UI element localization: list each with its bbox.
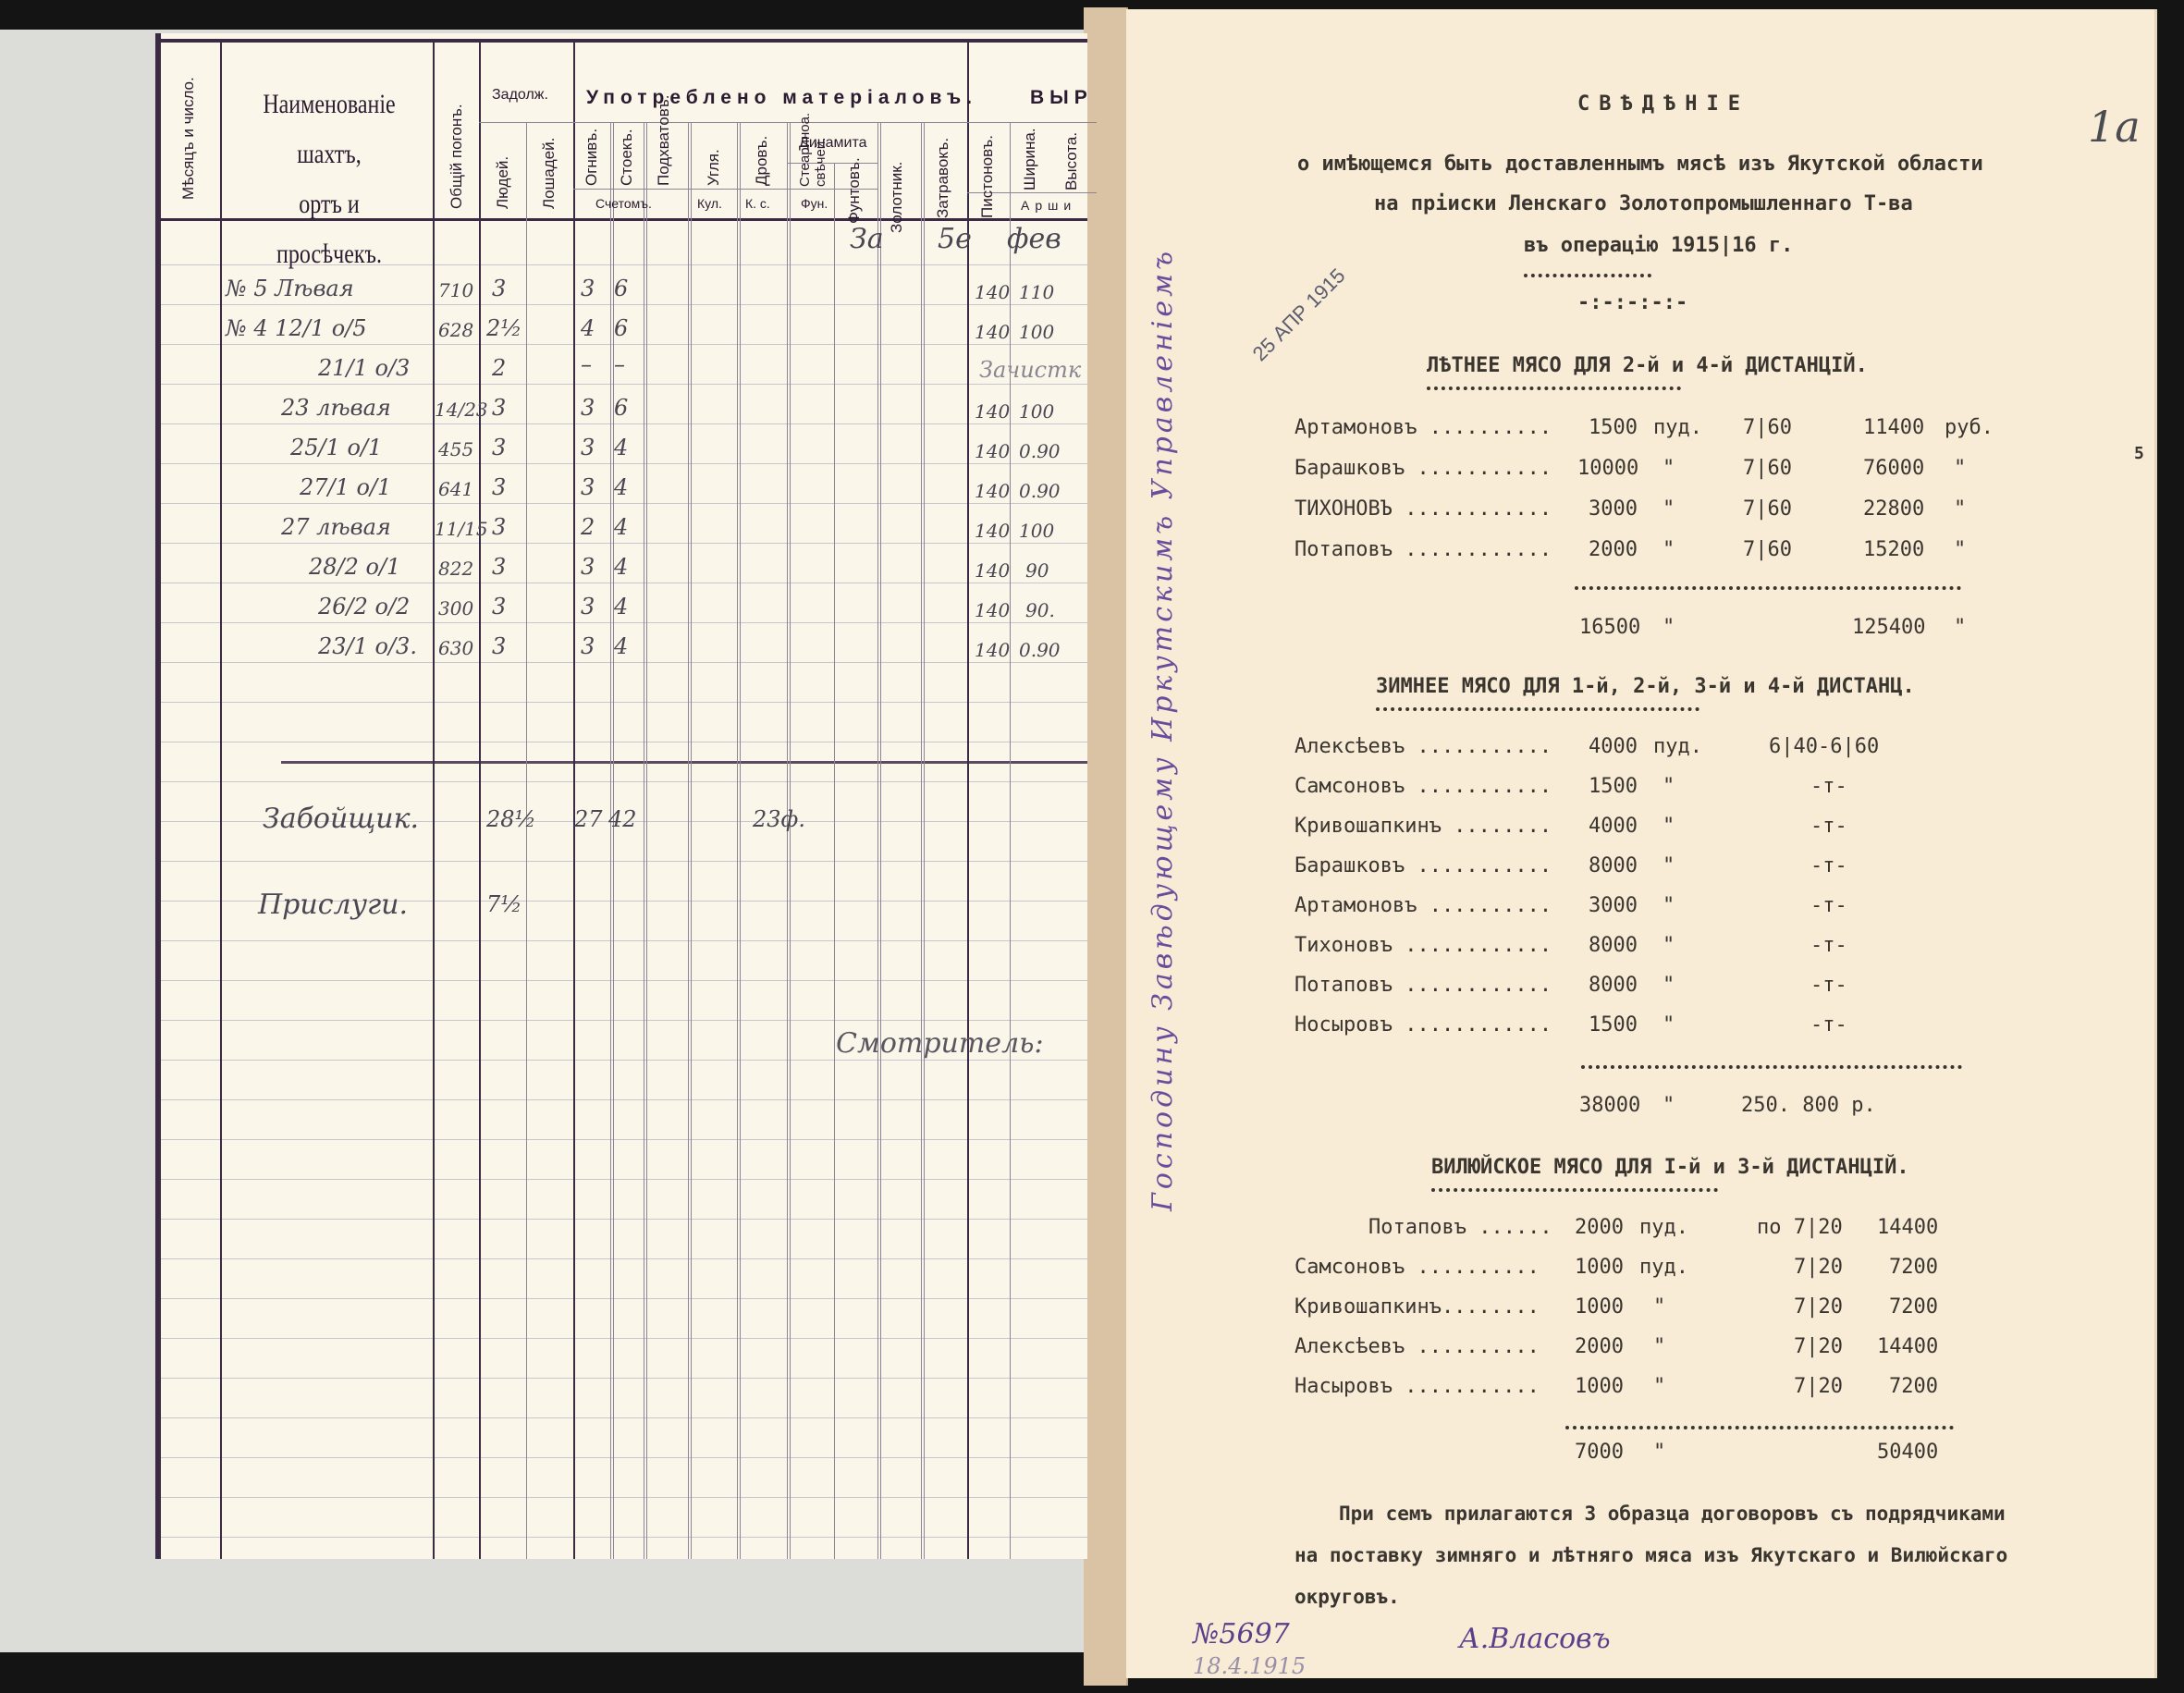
supplier-name: Тихоновъ ............	[1294, 934, 1552, 957]
row-people: 3	[492, 474, 506, 500]
total: 76000	[1863, 457, 1924, 480]
closing-line-2: на поставку зимняго и лѣтняго мяса изъ Я…	[1294, 1544, 2007, 1566]
header-horses: Лошадей.	[540, 135, 558, 209]
row-width: 140	[975, 599, 1010, 621]
unit-price: -т-	[1810, 894, 1847, 917]
row-people: 3	[492, 633, 506, 659]
header-width: Ширина.	[1021, 135, 1039, 190]
summary-candles: 23ф.	[753, 806, 805, 832]
header-dynamite-group: Динамита	[799, 135, 867, 152]
unit: пуд.	[1653, 416, 1702, 439]
supplier-name: Артамоновъ ..........	[1294, 416, 1552, 439]
heading-underline	[1431, 1188, 1718, 1192]
unit-price: 7|60	[1743, 416, 1792, 439]
row-ognivo: –	[581, 351, 592, 377]
header-stoek: Стоекъ.	[618, 135, 636, 186]
header-sub-rule	[967, 122, 1097, 123]
total: 22800	[1863, 497, 1924, 521]
unit: "	[1663, 974, 1675, 997]
unit-price: 6|40-6|60	[1769, 735, 1879, 758]
row-name: 28/2 о/1	[309, 554, 400, 580]
header-arshin: Арши	[1021, 198, 1076, 213]
row-ognivo: 3	[581, 276, 595, 301]
unit-price: -т-	[1810, 974, 1847, 997]
quantity: 1000	[1575, 1256, 1624, 1279]
col-divider	[433, 43, 435, 1559]
closing-line-3: округовъ.	[1294, 1586, 1400, 1608]
quantity: 3000	[1589, 894, 1638, 917]
ruled-line	[161, 463, 1087, 464]
row-height: 100	[1019, 400, 1054, 423]
row-width: 140	[975, 480, 1010, 502]
ruled-line	[161, 622, 1087, 623]
row-stoek: 4	[614, 514, 628, 540]
currency: "	[1954, 457, 1966, 480]
supplier-name: Носыровъ ............	[1294, 1013, 1552, 1037]
ruled-line	[161, 1457, 1087, 1458]
unit: "	[1663, 815, 1675, 838]
ledger-page: Мѣсяцъ и число. Наименованіе шахтъ, ортъ…	[155, 33, 1087, 1559]
binding-spine	[1084, 7, 1128, 1686]
unit: "	[1663, 457, 1675, 480]
document-title: СВѢДѢНІЕ	[1577, 92, 1749, 116]
currency: "	[1954, 497, 1966, 521]
ruled-line	[161, 1258, 1087, 1259]
header-coal-unit: Кул.	[697, 196, 722, 211]
currency: "	[1954, 538, 1966, 561]
ruled-line	[161, 1338, 1087, 1339]
quantity: 1000	[1575, 1375, 1624, 1398]
total-rule	[1581, 1065, 1962, 1069]
row-ognivo: 3	[581, 633, 595, 659]
col-divider	[967, 43, 969, 1559]
ruled-line	[161, 980, 1087, 981]
header-people: Людей.	[494, 144, 512, 209]
signature: А.Власовъ	[1459, 1623, 1611, 1655]
row-name: 26/2 о/2	[318, 594, 410, 620]
header-name-line-1: Наименованіе шахтъ,	[246, 80, 411, 179]
ruled-line	[161, 781, 1087, 782]
section-heading: ЛѢТНЕЕ МЯСО ДЛЯ 2-й и 4-й ДИСТАНЦІЙ.	[1427, 354, 1868, 377]
header-materials-group: Употреблено матеріаловъ.	[586, 87, 977, 109]
unit: "	[1653, 1295, 1665, 1319]
unit: "	[1663, 854, 1675, 877]
row-run: 14/23	[435, 399, 488, 421]
header-height: Высота.	[1062, 135, 1081, 190]
unit-price: 7|20	[1794, 1375, 1843, 1398]
unit-price: 7|20	[1794, 1335, 1843, 1358]
row-run: 628	[438, 319, 473, 341]
col-divider	[834, 163, 835, 1559]
row-width: 140	[975, 559, 1010, 582]
header-firewood: Дровъ.	[753, 142, 771, 186]
supplier-name: Артамоновъ ..........	[1294, 894, 1552, 917]
supplier-name: Самсоновъ ...........	[1294, 775, 1552, 798]
supplier-name: Кривошапкинъ ........	[1294, 815, 1552, 838]
header-sub-rule	[573, 189, 877, 190]
row-name: № 5 Лѣвая	[226, 276, 354, 301]
ruled-line	[161, 702, 1087, 703]
row-name: № 4 12/1 о/5	[226, 315, 367, 341]
quantity: 1500	[1589, 775, 1638, 798]
supplier-name: Потаповъ ............	[1294, 538, 1552, 561]
unit-price: -т-	[1810, 934, 1847, 957]
unit: "	[1663, 538, 1675, 561]
col-divider	[787, 122, 791, 1559]
unit-price: -т-	[1810, 1013, 1847, 1037]
unit: "	[1663, 1013, 1675, 1037]
row-people: 3	[492, 395, 506, 421]
summary-name: Забойщик.	[263, 803, 419, 835]
total-unit: "	[1653, 1441, 1665, 1464]
summary-name: Прислуги.	[258, 889, 408, 921]
col-divider	[644, 122, 647, 1559]
header-ognivo: Огнивъ.	[583, 135, 601, 186]
row-stoek: 4	[614, 633, 628, 659]
quantity: 8000	[1589, 974, 1638, 997]
unit: пуд.	[1639, 1216, 1688, 1239]
row-stoek: 4	[614, 435, 628, 460]
closing-line-1: При семъ прилагаются 3 образца договоров…	[1339, 1503, 2006, 1525]
ruled-line	[161, 742, 1087, 742]
total: 7200	[1889, 1295, 1938, 1319]
row-name: 21/1 о/3	[318, 355, 410, 381]
total-rule	[1575, 586, 1961, 590]
total-currency: "	[1954, 616, 1966, 639]
row-people: 3	[492, 276, 506, 301]
unit-price: по 7|20	[1757, 1216, 1843, 1239]
col-divider	[220, 43, 222, 1559]
unit-price: 7|20	[1794, 1256, 1843, 1279]
quantity: 1500	[1589, 1013, 1638, 1037]
col-divider	[737, 122, 741, 1559]
note-feb: фев	[1007, 223, 1061, 255]
summary-ognivo: 27	[574, 806, 603, 832]
quantity: 1000	[1575, 1295, 1624, 1319]
row-people: 3	[492, 514, 506, 540]
supplier-name: Кривошапкинъ........	[1294, 1295, 1540, 1319]
header-name-line-2: ортъ и просѣчекъ.	[246, 179, 411, 279]
row-stoek: 6	[614, 315, 628, 341]
row-stoek: 6	[614, 276, 628, 301]
margin-number: 5	[2134, 444, 2144, 463]
ruled-line	[161, 1020, 1087, 1021]
row-people: 3	[492, 594, 506, 620]
row-people: 2	[492, 355, 506, 381]
ruled-line	[161, 384, 1087, 385]
ruled-line	[161, 304, 1087, 305]
row-width: 140	[975, 321, 1010, 343]
ruled-line	[161, 1099, 1087, 1100]
total-quantity: 7000	[1575, 1441, 1624, 1464]
total-sum: 125400	[1852, 616, 1925, 639]
ruled-line	[161, 861, 1087, 862]
total-quantity: 16500	[1579, 616, 1640, 639]
row-stoek: 4	[614, 554, 628, 580]
total-quantity: 38000	[1579, 1094, 1640, 1117]
supplier-name: Потаповъ ............	[1294, 974, 1552, 997]
row-run: 641	[438, 478, 473, 500]
registration-date: 18.4.1915	[1193, 1653, 1306, 1679]
supplier-name: Барашковъ ...........	[1294, 854, 1552, 877]
header-candles: Стеариноа. свѣчей.	[797, 122, 838, 187]
quantity: 2000	[1589, 538, 1638, 561]
ruled-line	[161, 344, 1087, 345]
ruled-line	[161, 662, 1087, 663]
total-rule	[1565, 1426, 1954, 1429]
summary-people: 7½	[486, 891, 522, 917]
row-name: 27 лѣвая	[281, 514, 391, 540]
received-date-stamp: 25 АПР 1915	[1248, 264, 1351, 366]
supplier-name: Самсоновъ ..........	[1294, 1256, 1540, 1279]
unit-price: 7|60	[1743, 497, 1792, 521]
quantity: 8000	[1589, 934, 1638, 957]
row-ognivo: 3	[581, 474, 595, 500]
row-name: 23 лѣвая	[281, 395, 391, 421]
row-ognivo: 2	[581, 514, 595, 540]
row-height: 0.90	[1019, 440, 1061, 462]
total: 11400	[1863, 416, 1924, 439]
ruled-line	[161, 1537, 1087, 1538]
subtitle-line-1: о имѣющемся быть доставленнымъ мясѣ изъ …	[1297, 153, 1983, 176]
overseer-signature-label: Смотритель:	[836, 1027, 1044, 1060]
row-height: 0.90	[1019, 639, 1061, 661]
unit: "	[1663, 497, 1675, 521]
header-employed: Задолж.	[492, 87, 548, 104]
row-name: 23/1 о/3.	[318, 633, 417, 659]
supplier-name: Алексѣевъ ..........	[1294, 1335, 1540, 1358]
row-people: 3	[492, 435, 506, 460]
total: 14400	[1877, 1335, 1938, 1358]
section-heading: ЗИМНЕЕ МЯСО ДЛЯ 1-й, 2-й, 3-й и 4-й ДИСТ…	[1376, 675, 1915, 698]
header-zolotnik: Золотник.	[888, 168, 906, 233]
unit: "	[1653, 1335, 1665, 1358]
row-stoek: 4	[614, 474, 628, 500]
row-run: 11/15	[435, 518, 488, 540]
row-width: 140	[975, 639, 1010, 661]
header-coal: Угля.	[705, 144, 723, 186]
subtitle-line-2: на пріиски Ленскаго Золотопромышленнаго …	[1374, 192, 1913, 215]
header-name-col: Наименованіе шахтъ, ортъ и просѣчекъ.	[246, 80, 411, 279]
quantity: 2000	[1575, 1335, 1624, 1358]
header-total-run: Общій погонъ.	[448, 89, 466, 209]
row-ognivo: 3	[581, 594, 595, 620]
unit-price: 7|20	[1794, 1295, 1843, 1319]
row-stoek: –	[614, 351, 625, 377]
col-divider	[479, 43, 481, 1559]
header-sub-rule	[573, 122, 967, 123]
quantity: 1500	[1589, 416, 1638, 439]
row-height: 90	[1025, 559, 1049, 582]
total: 7200	[1889, 1375, 1938, 1398]
quantity: 3000	[1589, 497, 1638, 521]
note-5th: 5е	[938, 223, 972, 255]
heading-underline	[1427, 386, 1681, 390]
ruled-line	[161, 1060, 1087, 1061]
header-output-group: ВЫР	[1030, 87, 1093, 109]
ledger-top-rule	[161, 39, 1087, 43]
total: 14400	[1877, 1216, 1938, 1239]
quantity: 8000	[1589, 854, 1638, 877]
row-run: 455	[438, 438, 473, 460]
registration-number: №5697	[1193, 1618, 1290, 1650]
ruled-line	[161, 1497, 1087, 1498]
row-ognivo: 3	[581, 554, 595, 580]
row-run: 630	[438, 637, 473, 659]
row-name: 25/1 о/1	[290, 435, 382, 460]
total-unit: "	[1663, 1094, 1675, 1117]
quantity: 4000	[1589, 735, 1638, 758]
total-sum: 250. 800 р.	[1741, 1094, 1876, 1117]
row-stoek: 6	[614, 395, 628, 421]
header-candles-unit: Фун.	[801, 196, 828, 211]
ruled-line	[161, 1417, 1087, 1418]
row-run: 710	[438, 279, 473, 301]
section-heading: ВИЛЮЙСКОЕ МЯСО ДЛЯ I-й и 3-й ДИСТАНЦІЙ.	[1431, 1156, 1909, 1179]
supplier-name: Потаповъ ......	[1368, 1216, 1552, 1239]
col-divider	[688, 122, 692, 1559]
header-pounds: Фунтовъ.	[845, 168, 864, 224]
header-firewood-unit: К. с.	[745, 196, 770, 211]
typed-page: 1а 5 СВѢДѢНІЕ о имѣющемся быть доставлен…	[1126, 9, 2157, 1678]
ruled-line	[161, 940, 1087, 941]
unit-price: 7|60	[1743, 538, 1792, 561]
col-divider	[526, 122, 527, 1559]
total-sum: 50400	[1877, 1441, 1938, 1464]
marginal-address-note: Господину Завѣдующему Иркутскимъ Управле…	[1147, 248, 1179, 1211]
col-divider	[573, 43, 575, 1559]
ruled-line	[161, 1139, 1087, 1140]
ruled-line	[161, 423, 1087, 424]
page-marker: 1а	[2088, 102, 2141, 152]
unit-price: 7|60	[1743, 457, 1792, 480]
col-divider	[877, 122, 881, 1559]
supplier-name: ТИХОНОВЪ ............	[1294, 497, 1552, 521]
row-people: 2½	[486, 315, 522, 341]
unit-price: -т-	[1810, 854, 1847, 877]
header-podkhvatov: Подхватовъ.	[655, 126, 673, 186]
unit: пуд.	[1639, 1256, 1688, 1279]
unit: пуд.	[1653, 735, 1702, 758]
header-primers: Затравокъ.	[934, 135, 952, 218]
unit-price: -т-	[1810, 815, 1847, 838]
row-note-cleanup: Зачистк	[979, 357, 1081, 383]
row-width: 140	[975, 440, 1010, 462]
row-run: 300	[438, 597, 473, 620]
total: 15200	[1863, 538, 1924, 561]
ruled-line	[161, 1378, 1087, 1379]
row-run: 822	[438, 558, 473, 580]
row-stoek: 4	[614, 594, 628, 620]
row-ognivo: 4	[581, 315, 595, 341]
row-height: 100	[1019, 321, 1054, 343]
total-unit: "	[1663, 616, 1675, 639]
summary-stoek: 42	[608, 806, 637, 832]
row-people: 3	[492, 554, 506, 580]
row-width: 140	[975, 520, 1010, 542]
subtitle-line-3: въ операцію 1915|16 г.	[1524, 234, 1793, 257]
unit: "	[1653, 1375, 1665, 1398]
header-by-count: Счетомъ.	[595, 196, 652, 211]
ruled-line	[161, 1219, 1087, 1220]
unit: "	[1663, 894, 1675, 917]
unit: "	[1663, 934, 1675, 957]
row-height: 110	[1019, 281, 1054, 303]
supplier-name: Алексѣевъ ...........	[1294, 735, 1552, 758]
row-width: 140	[975, 400, 1010, 423]
heading-underline	[1376, 707, 1699, 711]
ruled-line	[161, 1298, 1087, 1299]
dash-rule	[1524, 274, 1651, 277]
total: 7200	[1889, 1256, 1938, 1279]
unit-price: -т-	[1810, 775, 1847, 798]
row-ognivo: 3	[581, 395, 595, 421]
header-sub-rule	[479, 122, 573, 123]
ruled-line	[161, 503, 1087, 504]
header-caps: Пистоновъ.	[978, 135, 997, 218]
unit: "	[1663, 775, 1675, 798]
row-ognivo: 3	[581, 435, 595, 460]
separator: -:-:-:-:-	[1577, 291, 1687, 314]
ruled-line	[161, 543, 1087, 544]
note-za: За	[850, 223, 884, 255]
summary-people: 28½	[486, 806, 536, 832]
col-divider	[921, 122, 925, 1559]
quantity: 4000	[1589, 815, 1638, 838]
ruled-line	[161, 583, 1087, 583]
header-month-day: Мѣсяцъ и число.	[179, 70, 198, 200]
supplier-name: Насыровъ ...........	[1294, 1375, 1540, 1398]
row-height: 0.90	[1019, 480, 1061, 502]
row-height: 90.	[1025, 599, 1055, 621]
row-name: 27/1 о/1	[300, 474, 391, 500]
ruled-line	[161, 1179, 1087, 1180]
supplier-name: Барашковъ ...........	[1294, 457, 1552, 480]
currency: руб.	[1945, 416, 1994, 439]
row-height: 100	[1019, 520, 1054, 542]
quantity: 10000	[1577, 457, 1638, 480]
row-width: 140	[975, 281, 1010, 303]
quantity: 2000	[1575, 1216, 1624, 1239]
